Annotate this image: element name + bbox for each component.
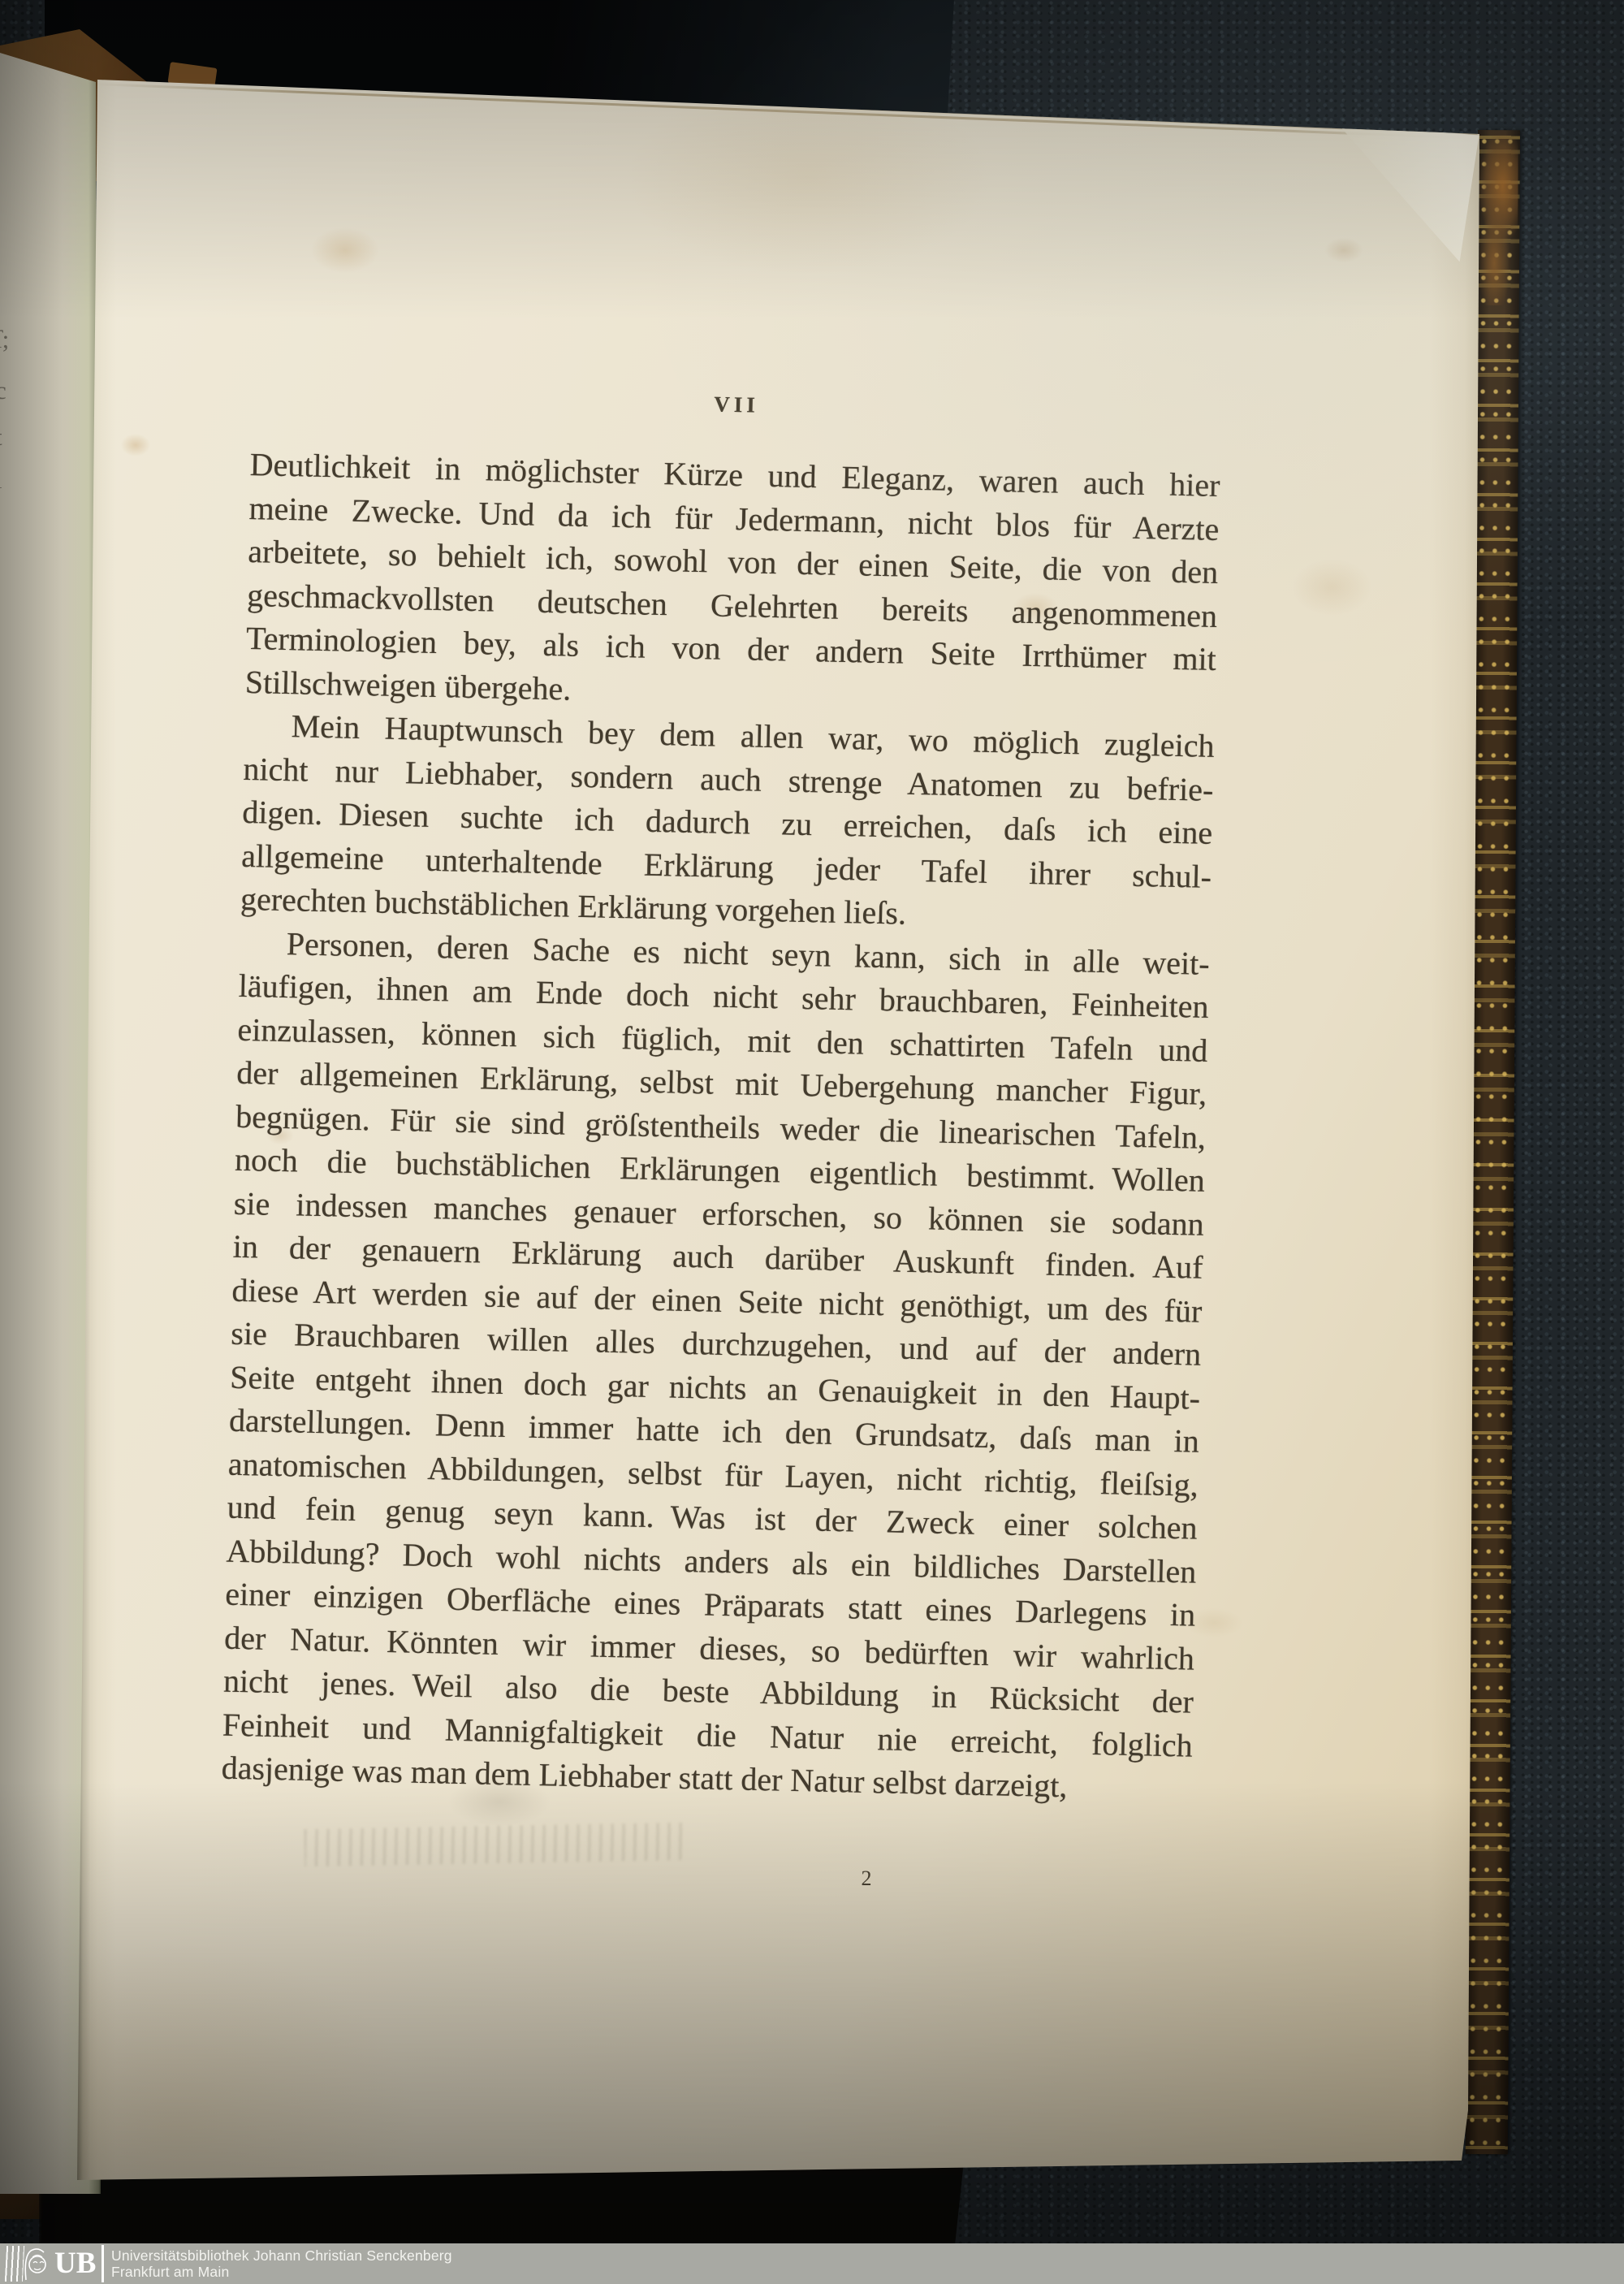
body-text: Deutlichkeit in möglichster Kürze und El… bbox=[221, 443, 1220, 1810]
paragraph: Deutlichkeit in möglichster Kürze und El… bbox=[244, 443, 1220, 725]
ub-library-logo: UB bbox=[4, 2245, 100, 2282]
worn-leather-patch bbox=[1479, 135, 1518, 305]
book-page: VII Deutlichkeit in möglichster Kürze un… bbox=[77, 80, 1486, 2180]
footer-text: Universitätsbibliothek Johann Christian … bbox=[111, 2247, 452, 2280]
cut-off-letter-fragment: c bbox=[0, 376, 13, 405]
bent-page-corner bbox=[1334, 114, 1484, 268]
paragraph: Personen, deren Sache es nicht seyn kann… bbox=[221, 920, 1210, 1810]
signature-mark: 2 bbox=[850, 1867, 883, 1891]
text-block: VII Deutlichkeit in möglichster Kürze un… bbox=[221, 382, 1222, 1810]
cut-off-letter-fragment: ſ; bbox=[0, 325, 13, 354]
senckenberg-portrait-icon bbox=[22, 2247, 54, 2284]
scanned-book-photo: ſ;cti VII Deutlichkeit in möglichster Kü… bbox=[0, 0, 1624, 2284]
ub-logo-text: UB bbox=[54, 2245, 104, 2282]
paragraph: Mein Hauptwunsch bey dem allen war, wo m… bbox=[240, 703, 1216, 942]
library-footer-bar: UB Universitätsbibliothek Johann Christi… bbox=[0, 2243, 1624, 2284]
cut-off-letter-fragment: i bbox=[0, 465, 13, 495]
library-city: Frankfurt am Main bbox=[111, 2264, 452, 2280]
cut-off-letter-fragment: t bbox=[0, 422, 13, 452]
library-name: Universitätsbibliothek Johann Christian … bbox=[111, 2247, 452, 2264]
ink-smudge bbox=[304, 1823, 687, 1867]
